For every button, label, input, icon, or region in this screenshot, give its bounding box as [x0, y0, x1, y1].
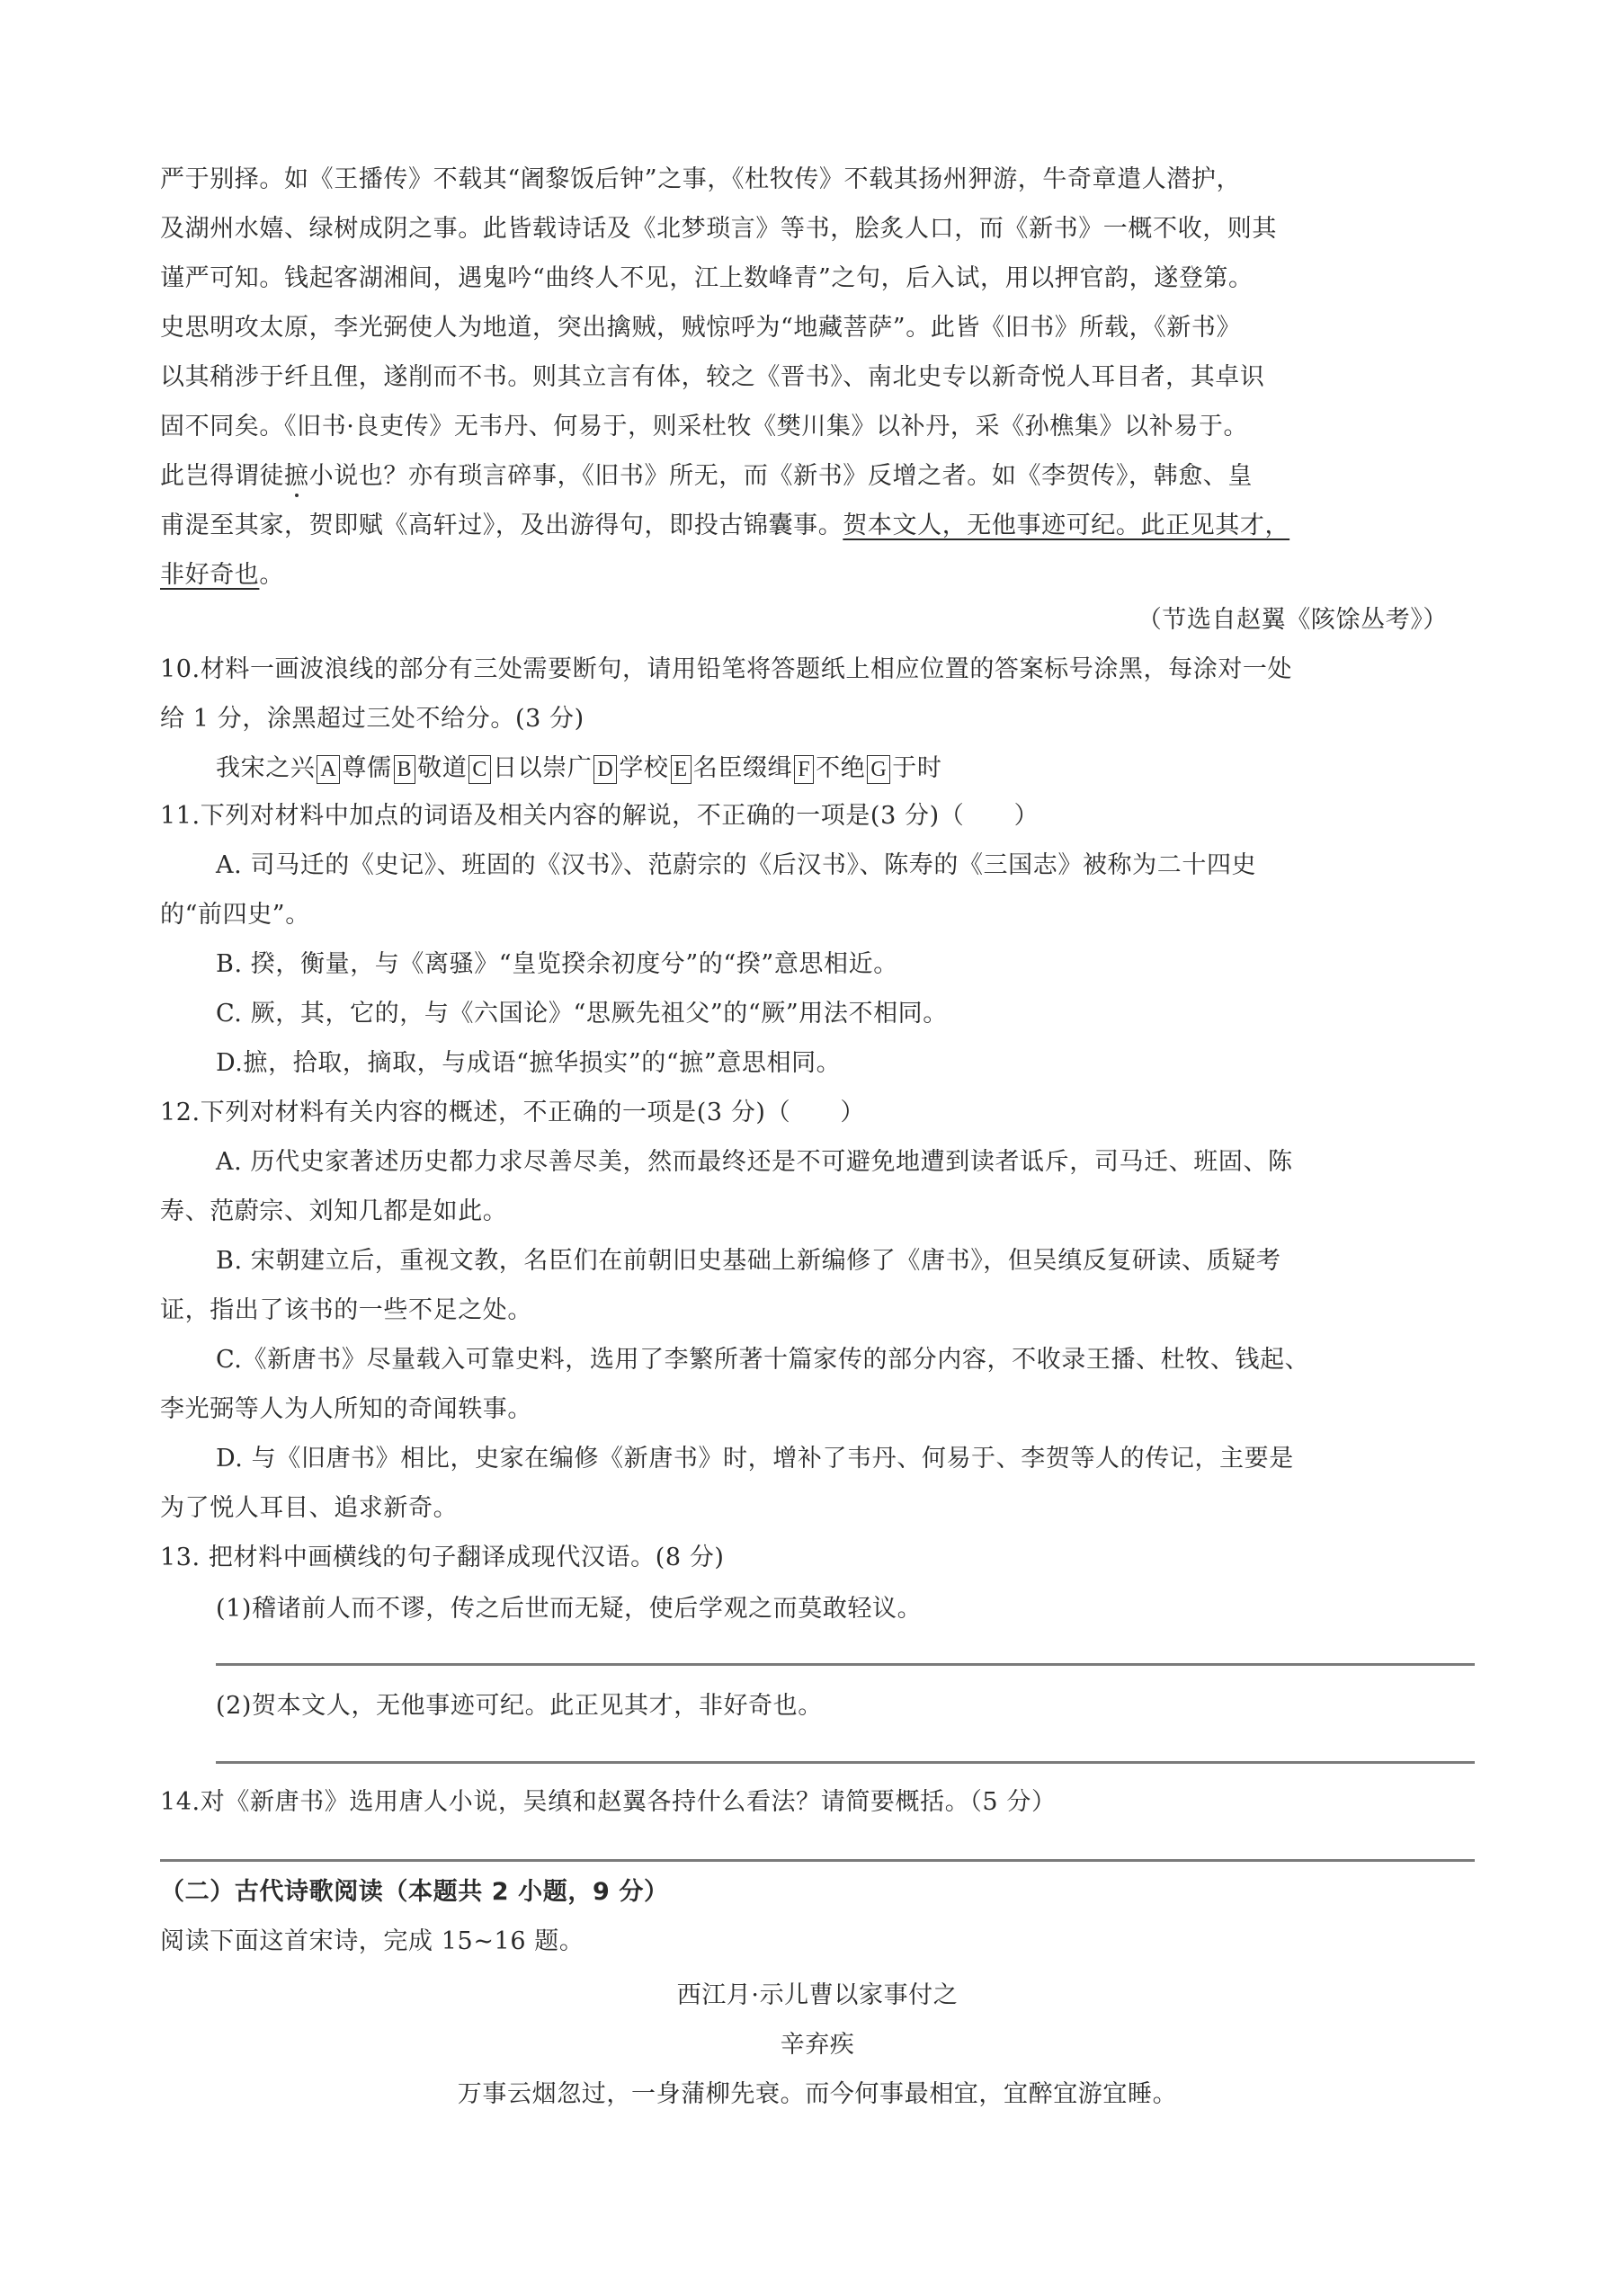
q11-option-a-cont: 的“前四史”。 — [160, 897, 1475, 933]
section-heading: （二）古代诗歌阅读（本题共 2 小题，9 分） — [160, 1874, 1475, 1910]
passage-text: 。 — [259, 561, 284, 589]
break-option-f[interactable]: F — [794, 755, 814, 784]
answer-line-2[interactable] — [216, 1761, 1475, 1764]
passage-line-1: 严于别择。如《王播传》不载其“阇黎饭后钟”之事，《杜牧传》不载其扬州狎游，牛奇章… — [160, 162, 1475, 198]
q12-stem: 12.下列对材料有关内容的概述，不正确的一项是(3 分)（ ） — [160, 1095, 1475, 1131]
q13-stem: 13. 把材料中画横线的句子翻译成现代汉语。(8 分) — [160, 1540, 1475, 1576]
section-intro: 阅读下面这首宋诗，完成 15~16 题。 — [160, 1924, 1475, 1960]
passage-text: 甫湜至其家，贺即赋《高轩过》，及出游得句，即投古锦囊事。 — [160, 512, 843, 539]
break-option-g[interactable]: G — [867, 755, 890, 784]
q12-option-b: B. 宋朝建立后，重视文教，名臣们在前朝旧史基础上新编修了《唐书》，但吴缜反复研… — [216, 1243, 1475, 1279]
q12-option-b-cont: 证，指出了该书的一些不足之处。 — [160, 1293, 1475, 1329]
passage-line-2: 及湖州水嬉、绿树成阴之事。此皆载诗话及《北梦琐言》等书，脍炙人口，而《新书》一概… — [160, 211, 1475, 247]
passage-line-5: 以其稍涉于纤且俚，遂削而不书。则其立言有体，较之《晋书》、南北史专以新奇悦人耳目… — [160, 360, 1475, 396]
q13-sentence-1: (1)稽诸前人而不谬，传之后世而无疑，使后学观之而莫敢轻议。 — [216, 1591, 1475, 1627]
q10-sentence: 我宋之兴A尊儒B敬道C日以崇广D学校E名臣缀缉F不绝G于时 — [216, 751, 1475, 787]
segment-text: 敬道 — [417, 754, 467, 782]
passage-source: （节选自赵翼《陔馀丛考》） — [160, 602, 1448, 638]
q10-stem-line-2: 给 1 分，涂黑超过三处不给分。(3 分) — [160, 701, 1475, 737]
q14-stem: 14.对《新唐书》选用唐人小说，吴缜和赵翼各持什么看法？请简要概括。（5 分） — [160, 1784, 1475, 1820]
q12-option-d-cont: 为了悦人耳目、追求新奇。 — [160, 1491, 1475, 1526]
segment-text: 名臣缀缉 — [693, 754, 792, 782]
passage-line-9: 非好奇也。 — [160, 557, 1475, 593]
section-divider — [160, 1859, 1475, 1862]
poem-title: 西江月·示儿曹以家事付之 — [160, 1978, 1475, 2014]
break-option-a[interactable]: A — [317, 755, 340, 784]
passage-line-3: 谨严可知。钱起客湖湘间，遇鬼吟“曲终人不见，江上数峰青”之句，后入试，用以押官韵… — [160, 261, 1475, 297]
q12-option-a-cont: 寿、范蔚宗、刘知几都是如此。 — [160, 1194, 1475, 1230]
poem-author: 辛弃疾 — [160, 2027, 1475, 2063]
dotted-character: 摭 — [284, 462, 309, 490]
segment-text: 尊儒 — [342, 754, 391, 782]
q10-stem-line-1: 10.材料一画波浪线的部分有三处需要断句，请用铅笔将答题纸上相应位置的答案标号涂… — [160, 652, 1475, 688]
passage-line-6: 固不同矣。《旧书·良吏传》无韦丹、何易于，则采杜牧《樊川集》以补丹，采《孙樵集》… — [160, 409, 1475, 445]
underlined-sentence: 非好奇也 — [160, 561, 259, 589]
exam-page: 严于别择。如《王播传》不载其“阇黎饭后钟”之事，《杜牧传》不载其扬州狎游，牛奇章… — [0, 0, 1624, 2296]
q12-option-a: A. 历代史家著述历史都力求尽善尽美，然而最终还是不可避免地遭到读者诋斥，司马迁… — [216, 1144, 1475, 1180]
break-option-e[interactable]: E — [671, 755, 692, 784]
q12-option-c: C.《新唐书》尽量载入可靠史料，选用了李繁所著十篇家传的部分内容，不收录王播、杜… — [216, 1342, 1475, 1378]
break-option-c[interactable]: C — [468, 755, 491, 784]
q11-option-a: A. 司马迁的《史记》、班固的《汉书》、范蔚宗的《后汉书》、陈寿的《三国志》被称… — [216, 848, 1475, 884]
passage-line-4: 史思明攻太原，李光弼使人为地道，突出擒贼，贼惊呼为“地藏菩萨”。此皆《旧书》所载… — [160, 310, 1475, 346]
passage-line-7: 此岂得谓徒摭小说也？亦有琐言碎事，《旧书》所无，而《新书》反增之者。如《李贺传》… — [160, 458, 1475, 494]
segment-text: 于时 — [892, 754, 941, 782]
poem-line-1: 万事云烟忽过，一身蒲柳先衰。而今何事最相宜，宜醉宜游宜睡。 — [160, 2077, 1475, 2113]
q11-option-d: D.摭，拾取，摘取，与成语“摭华损实”的“摭”意思相同。 — [216, 1046, 1475, 1081]
passage-text: 小说也？亦有琐言碎事，《旧书》所无，而《新书》反增之者。如《李贺传》，韩愈、皇 — [309, 462, 1253, 490]
break-option-b[interactable]: B — [394, 755, 416, 784]
q11-option-b: B. 揆，衡量，与《离骚》“皇览揆余初度兮”的“揆”意思相近。 — [216, 947, 1475, 983]
segment-text: 日以崇广 — [493, 754, 592, 782]
q11-option-c: C. 厥，其，它的，与《六国论》“思厥先祖父”的“厥”用法不相同。 — [216, 996, 1475, 1032]
break-option-d[interactable]: D — [593, 755, 617, 784]
segment-text: 我宋之兴 — [216, 754, 315, 782]
underlined-sentence: 贺本文人，无他事迹可纪。此正见其才， — [843, 512, 1289, 539]
passage-text: 此岂得谓徒 — [160, 462, 284, 490]
passage-line-8: 甫湜至其家，贺即赋《高轩过》，及出游得句，即投古锦囊事。贺本文人，无他事迹可纪。… — [160, 508, 1475, 544]
q13-sentence-2: (2)贺本文人，无他事迹可纪。此正见其才，非好奇也。 — [216, 1688, 1475, 1724]
q11-stem: 11.下列对材料中加点的词语及相关内容的解说，不正确的一项是(3 分)（ ） — [160, 798, 1475, 834]
segment-text: 学校 — [619, 754, 668, 782]
q12-option-c-cont: 李光弼等人为人所知的奇闻轶事。 — [160, 1392, 1475, 1428]
q12-option-d: D. 与《旧唐书》相比，史家在编修《新唐书》时，增补了韦丹、何易于、李贺等人的传… — [216, 1441, 1475, 1477]
answer-line-1[interactable] — [216, 1663, 1475, 1666]
segment-text: 不绝 — [816, 754, 865, 782]
